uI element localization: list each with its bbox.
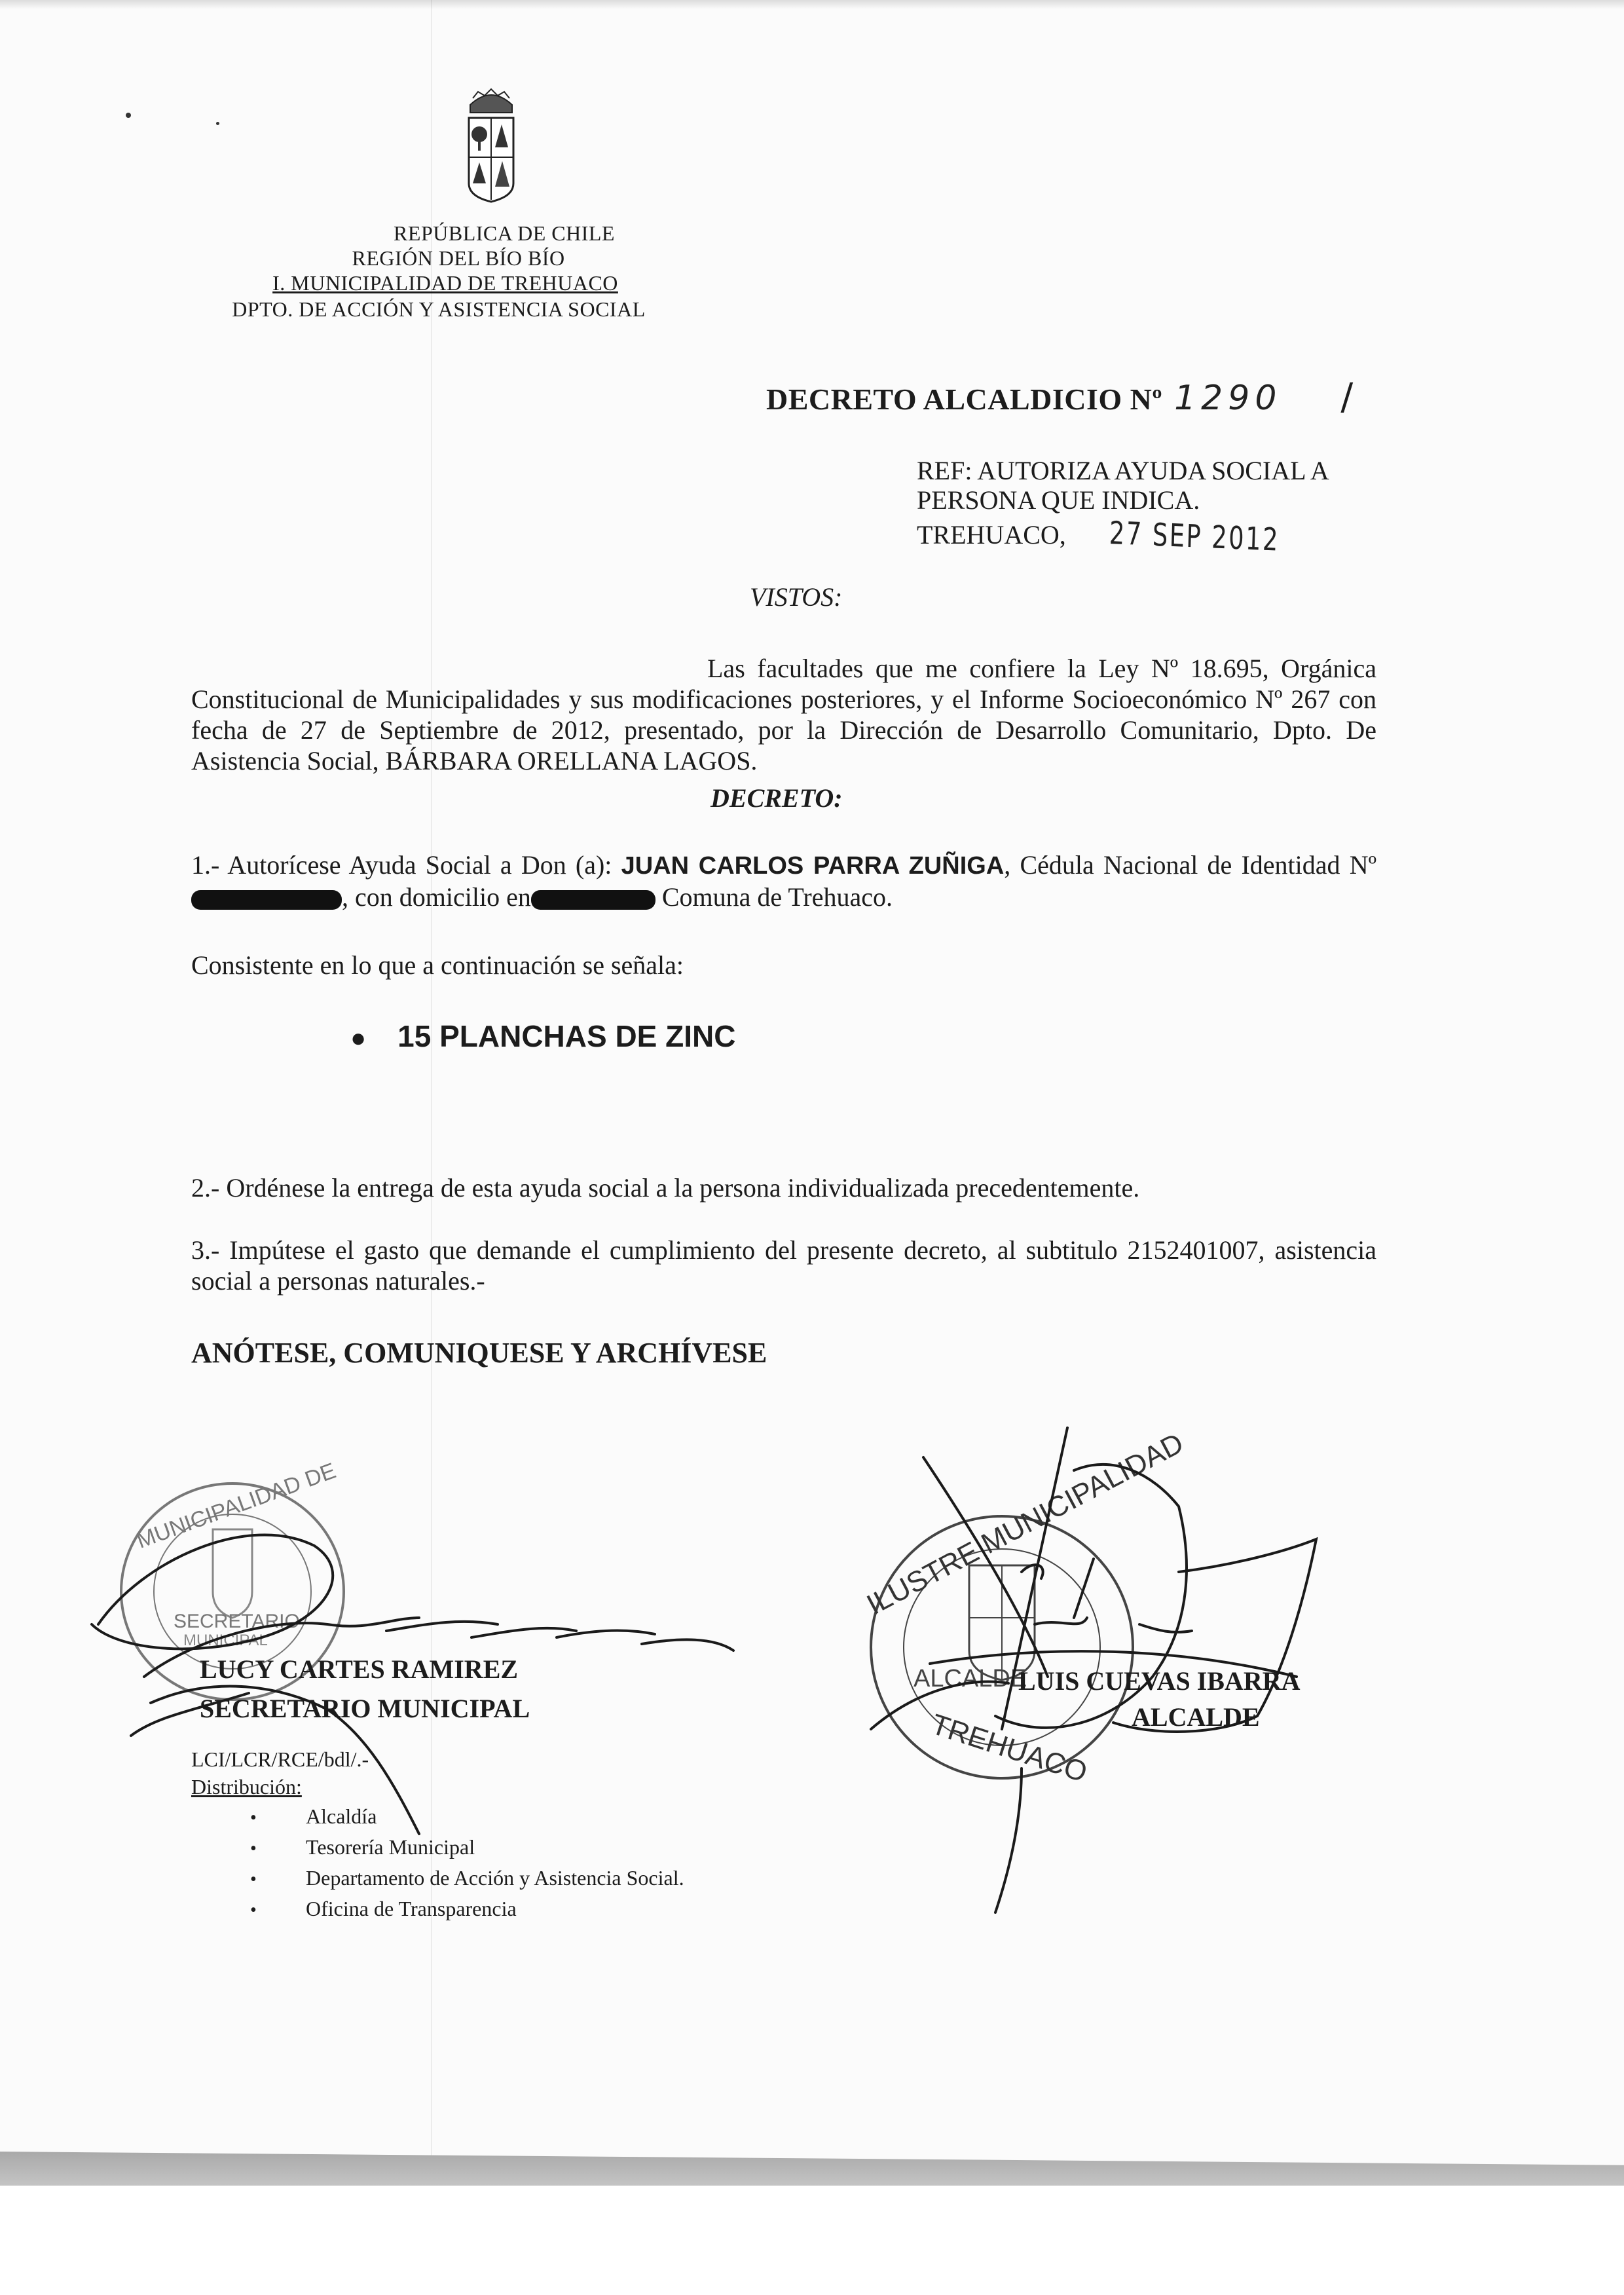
decree-title-text: DECRETO ALCALDICIO Nº xyxy=(766,382,1162,416)
distribution-item: •Alcaldía xyxy=(250,1801,684,1832)
scan-speck xyxy=(216,122,219,125)
distribution-label: Distribución: xyxy=(191,1775,302,1799)
decree-trailing-mark: / xyxy=(1340,376,1353,419)
header-region: REGIÓN DEL BÍO BÍO xyxy=(275,246,642,271)
distribution-list: •Alcaldía •Tesorería Municipal •Departam… xyxy=(250,1801,684,1924)
secretary-name: LUCY CARTES RAMIREZ xyxy=(200,1654,518,1685)
item-2-paragraph: 2.- Ordénese la entrega de esta ayuda so… xyxy=(191,1172,1376,1203)
distribution-item-label: Tesorería Municipal xyxy=(306,1835,475,1859)
bullet-icon: ● xyxy=(350,1024,366,1053)
item-1-suffix: Comuna de Trehuaco. xyxy=(655,882,893,912)
scan-top-edge xyxy=(0,0,1624,9)
vistos-label: VISTOS: xyxy=(750,582,842,612)
distribution-item-label: Alcaldía xyxy=(306,1804,377,1828)
decree-number-handwritten: 1290 xyxy=(1174,379,1282,418)
header-department: DPTO. DE ACCIÓN Y ASISTENCIA SOCIAL xyxy=(210,297,668,322)
aid-item-text: 15 PLANCHAS DE ZINC xyxy=(397,1019,735,1053)
mayor-title: ALCALDE xyxy=(1132,1702,1260,1732)
bullet-icon: • xyxy=(250,1864,306,1895)
bullet-icon: • xyxy=(250,1833,306,1864)
redacted-address xyxy=(531,890,655,910)
place-label: TREHUACO, xyxy=(917,520,1066,550)
date-stamp: 27 SEP 2012 xyxy=(1109,515,1280,559)
redacted-id-number xyxy=(191,890,342,910)
bullet-icon: • xyxy=(250,1895,306,1926)
item-1-paragraph: 1.- Autorícese Ayuda Social a Don (a): J… xyxy=(191,849,1376,912)
ref-line-2: PERSONA QUE INDICA. xyxy=(917,485,1200,515)
secretary-title: SECRETARIO MUNICIPAL xyxy=(200,1693,530,1724)
decreto-label: DECRETO: xyxy=(710,783,843,813)
reference-initials: LCI/LCR/RCE/bdl/.- xyxy=(191,1747,369,1772)
beneficiary-name: JUAN CARLOS PARRA ZUÑIGA xyxy=(621,852,1005,880)
consistente-line: Consistente en lo que a continuación se … xyxy=(191,950,684,980)
aid-item: ●15 PLANCHAS DE ZINC xyxy=(350,1018,735,1054)
mayor-name: LUIS CUEVAS IBARRA xyxy=(1018,1666,1301,1696)
municipal-crest-icon xyxy=(465,85,517,203)
scanned-page xyxy=(0,0,1624,2181)
decree-title: DECRETO ALCALDICIO Nº1290/ xyxy=(766,376,1354,419)
scan-speck xyxy=(126,113,131,118)
header-country: REPÚBLICA DE CHILE xyxy=(341,221,668,246)
distribution-item-label: Departamento de Acción y Asistencia Soci… xyxy=(306,1866,684,1890)
header-municipality: I. MUNICIPALIDAD DE TREHUACO xyxy=(239,271,652,295)
bullet-icon: • xyxy=(250,1802,306,1833)
distribution-item: •Oficina de Transparencia xyxy=(250,1894,684,1924)
distribution-item: •Tesorería Municipal xyxy=(250,1832,684,1863)
place-date-line: TREHUACO,27 SEP 2012 xyxy=(917,515,1310,551)
item-1-id-label: , Cédula Nacional de Identidad Nº xyxy=(1004,850,1376,880)
item-1-prefix: 1.- Autorícese Ayuda Social a Don (a): xyxy=(191,850,621,880)
item-1-address-label: , con domicilio en xyxy=(342,882,531,912)
vistos-paragraph: Las facultades que me confiere la Ley Nº… xyxy=(191,653,1376,776)
distribution-item: •Departamento de Acción y Asistencia Soc… xyxy=(250,1863,684,1894)
closing-formula: ANÓTESE, COMUNIQUESE Y ARCHÍVESE xyxy=(191,1336,767,1370)
item-3-paragraph: 3.- Impútese el gasto que demande el cum… xyxy=(191,1235,1376,1296)
ref-line-1: REF: AUTORIZA AYUDA SOCIAL A xyxy=(917,455,1329,486)
distribution-item-label: Oficina de Transparencia xyxy=(306,1897,517,1920)
